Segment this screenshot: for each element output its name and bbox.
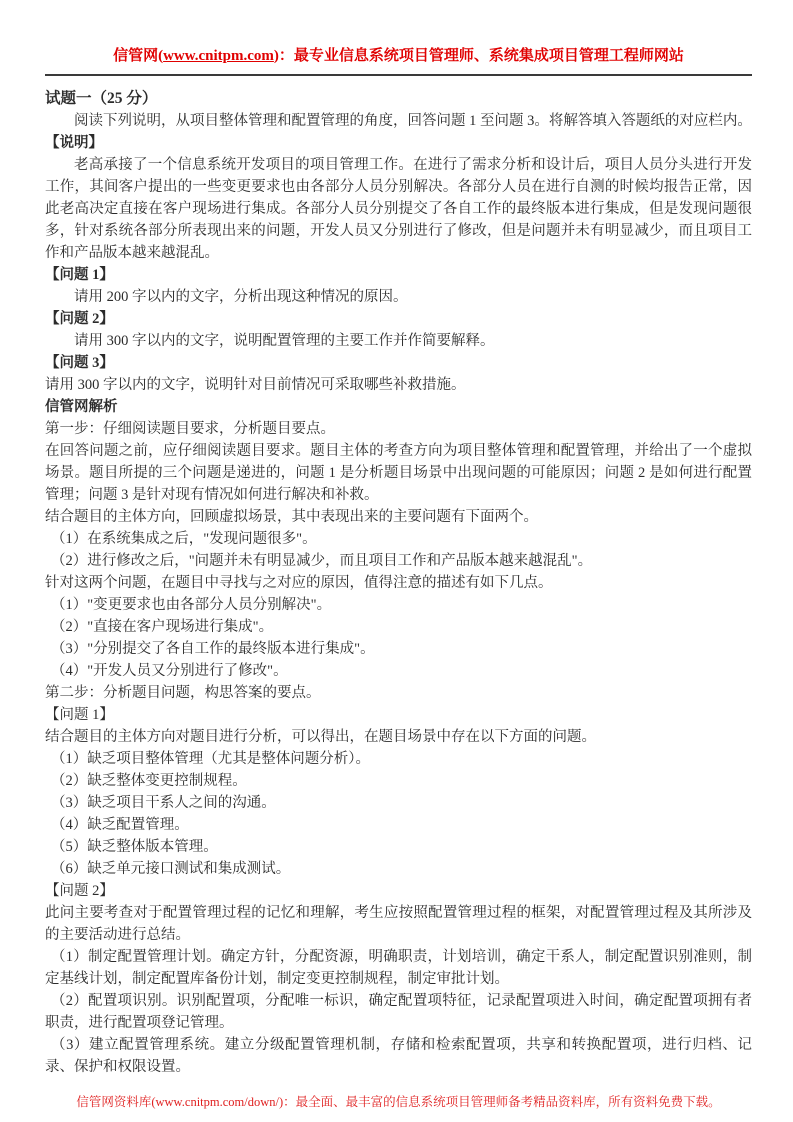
site-header-suffix: )：最专业信息系统项目管理师、系统集成项目管理工程师网站 (274, 48, 684, 64)
document-page: 信管网(www.cnitpm.com)：最专业信息系统项目管理师、系统集成项目管… (0, 0, 793, 1122)
section-heading: 【问题 1】 (45, 264, 752, 286)
header-divider (45, 74, 752, 76)
section-heading: 信管网解析 (45, 396, 752, 418)
paragraph: （2）进行修改之后，"问题并未有明显减少，而且项目工作和产品版本越来越混乱"。 (45, 550, 752, 572)
section-heading: 【问题 2】 (45, 308, 752, 330)
paragraph: （6）缺乏单元接口测试和集成测试。 (45, 858, 752, 880)
site-header-link[interactable]: www.cnitpm.com (163, 48, 274, 64)
paragraph: （2）缺乏整体变更控制规程。 (45, 770, 752, 792)
paragraph: 第一步：仔细阅读题目要求，分析题目要点。 (45, 418, 752, 440)
paragraph: 老高承接了一个信息系统开发项目的项目管理工作。在进行了需求分析和设计后，项目人员… (45, 154, 752, 264)
paragraph: 阅读下列说明，从项目整体管理和配置管理的角度，回答问题 1 至问题 3。将解答填… (45, 110, 752, 132)
paragraph: （1）制定配置管理计划。确定方针，分配资源，明确职责，计划培训，确定干系人，制定… (45, 946, 752, 990)
paragraph: 【问题 1】 (45, 704, 752, 726)
paragraph: （4）"开发人员又分别进行了修改"。 (45, 660, 752, 682)
page-footer: 信管网资料库(www.cnitpm.com/down/)：最全面、最丰富的信息系… (45, 1093, 752, 1111)
paragraph: （1）缺乏项目整体管理（尤其是整体问题分析）。 (45, 748, 752, 770)
paragraph: 此问主要考查对于配置管理过程的记忆和理解，考生应按照配置管理过程的框架，对配置管… (45, 902, 752, 946)
paragraph: （1）在系统集成之后，"发现问题很多"。 (45, 528, 752, 550)
paragraph: 针对这两个问题，在题目中寻找与之对应的原因，值得注意的描述有如下几点。 (45, 572, 752, 594)
paragraph: （4）缺乏配置管理。 (45, 814, 752, 836)
paragraph: 结合题目的主体方向对题目进行分析，可以得出，在题目场景中存在以下方面的问题。 (45, 726, 752, 748)
paragraph: 第二步：分析题目问题，构思答案的要点。 (45, 682, 752, 704)
paragraph: （3）缺乏项目干系人之间的沟通。 (45, 792, 752, 814)
paragraph: （2）"直接在客户现场进行集成"。 (45, 616, 752, 638)
paragraph: 结合题目的主体方向，回顾虚拟场景，其中表现出来的主要问题有下面两个。 (45, 506, 752, 528)
page-footer-text: 信管网资料库(www.cnitpm.com/down/)：最全面、最丰富的信息系… (76, 1095, 720, 1109)
paragraph: 请用 200 字以内的文字，分析出现这种情况的原因。 (45, 286, 752, 308)
section-heading: 试题一（25 分） (45, 88, 752, 110)
paragraph: （5）缺乏整体版本管理。 (45, 836, 752, 858)
paragraph: 请用 300 字以内的文字，说明配置管理的主要工作并作简要解释。 (45, 330, 752, 352)
paragraph: （1）"变更要求也由各部分人员分别解决"。 (45, 594, 752, 616)
section-heading: 【说明】 (45, 132, 752, 154)
paragraph: 【问题 2】 (45, 880, 752, 902)
paragraph: （3）建立配置管理系统。建立分级配置管理机制，存储和检索配置项，共享和转换配置项… (45, 1034, 752, 1078)
paragraph: （3）"分别提交了各自工作的最终版本进行集成"。 (45, 638, 752, 660)
paragraph: 请用 300 字以内的文字，说明针对目前情况可采取哪些补救措施。 (45, 374, 752, 396)
document-body: 试题一（25 分）阅读下列说明，从项目整体管理和配置管理的角度，回答问题 1 至… (45, 88, 752, 1078)
site-header: 信管网(www.cnitpm.com)：最专业信息系统项目管理师、系统集成项目管… (45, 46, 752, 66)
paragraph: 在回答问题之前，应仔细阅读题目要求。题目主体的考查方向为项目整体管理和配置管理，… (45, 440, 752, 506)
section-heading: 【问题 3】 (45, 352, 752, 374)
paragraph: （2）配置项识别。识别配置项，分配唯一标识，确定配置项特征，记录配置项进入时间，… (45, 990, 752, 1034)
site-header-prefix: 信管网( (113, 48, 163, 64)
